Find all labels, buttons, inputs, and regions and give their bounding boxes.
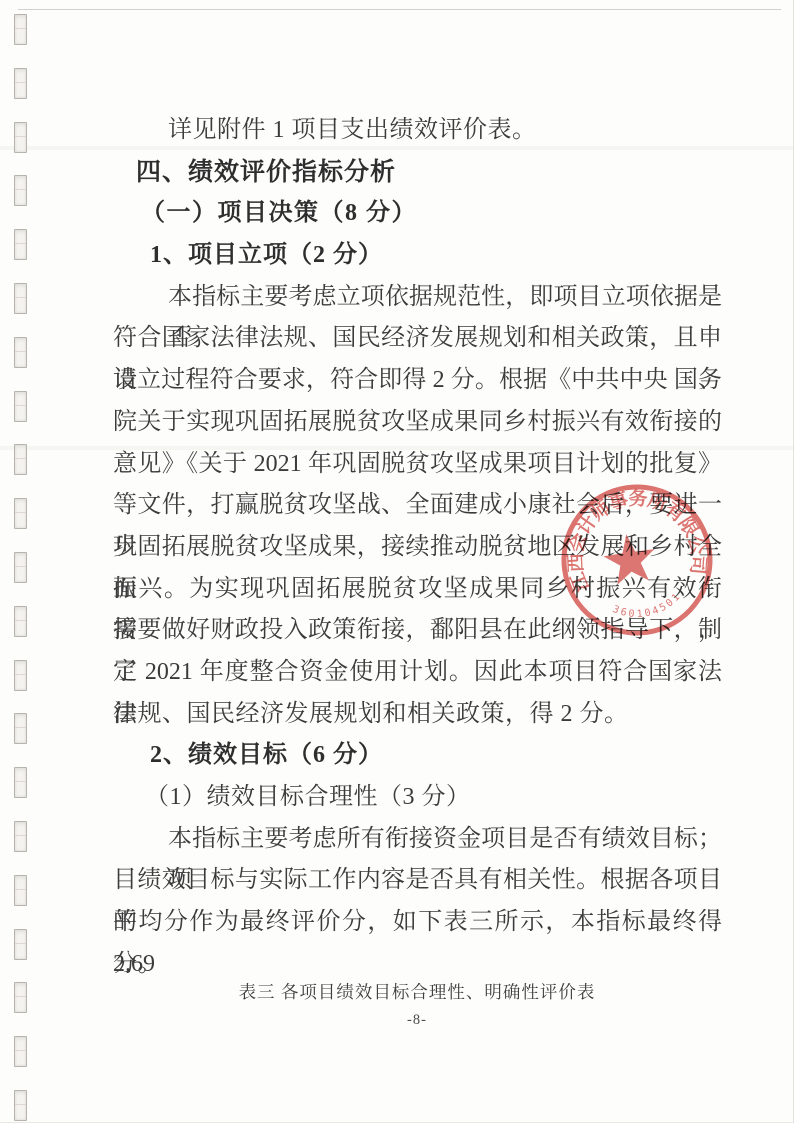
- binding-hole: [14, 875, 27, 906]
- text-line: 法规、国民经济发展规划和相关政策，得 2 分。: [113, 694, 722, 736]
- text-line: 设立过程符合要求，符合即得 2 分。根据《中共中央 国务: [113, 360, 722, 402]
- text-line: 目绩效目标与实际工作内容是否具有相关性。根据各项目的: [113, 860, 722, 902]
- text-line: 巩固拓展脱贫攻坚成果，接续推动脱贫地区发展和乡村全面: [113, 527, 722, 569]
- text-line: 2、绩效目标（6 分）: [113, 735, 722, 777]
- binding-hole: [14, 713, 27, 744]
- binding-hole: [14, 821, 27, 852]
- binding-hole: [14, 391, 27, 422]
- text-line: （1）绩效目标合理性（3 分）: [113, 777, 722, 819]
- binding-hole: [14, 552, 27, 583]
- page-number: -8-: [40, 1012, 794, 1029]
- binding-hole: [14, 122, 27, 153]
- text-line: 本指标主要考虑立项依据规范性，即项目立项依据是否: [113, 277, 722, 319]
- text-line: 等文件，打赢脱贫攻坚战、全面建成小康社会后，要进一步: [113, 485, 722, 527]
- text-line: 平均分作为最终评价分，如下表三所示，本指标最终得 2.69: [113, 902, 722, 944]
- binding-hole: [14, 929, 27, 960]
- text-line: （一）项目决策（8 分）: [113, 193, 722, 235]
- text-line: 本指标主要考虑所有衔接资金项目是否有绩效目标；项: [113, 819, 722, 861]
- document-page: 详见附件 1 项目支出绩效评价表。四、绩效评价指标分析（一）项目决策（8 分）1…: [0, 0, 794, 1123]
- text-line: 院关于实现巩固拓展脱贫攻坚成果同乡村振兴有效衔接的: [113, 402, 722, 444]
- binding-hole: [14, 606, 27, 637]
- binding-hole: [14, 14, 27, 45]
- binding-hole: [14, 982, 27, 1013]
- binding-hole: [14, 444, 27, 475]
- binding-holes-strip: [0, 0, 40, 1123]
- binding-hole: [14, 1036, 27, 1067]
- binding-hole: [14, 68, 27, 99]
- text-line: 需要做好财政投入政策衔接，鄱阳县在此纲领指导下，制定: [113, 610, 722, 652]
- text-line: 四、绩效评价指标分析: [113, 152, 722, 194]
- text-line: 1、项目立项（2 分）: [113, 235, 722, 277]
- binding-hole: [14, 1090, 27, 1121]
- binding-hole: [14, 767, 27, 798]
- binding-hole: [14, 283, 27, 314]
- table-caption: 表三 各项目绩效目标合理性、明确性评价表: [40, 979, 794, 1004]
- binding-hole: [14, 660, 27, 691]
- text-line: 符合国家法律法规、国民经济发展规划和相关政策，且申请、: [113, 318, 722, 360]
- binding-hole: [14, 337, 27, 368]
- text-line: 振兴。为实现巩固拓展脱贫攻坚成果同乡村振兴有效衔接，: [113, 569, 722, 611]
- text-line: 详见附件 1 项目支出绩效评价表。: [113, 110, 722, 152]
- text-line: 意见》《关于 2021 年巩固脱贫攻坚成果项目计划的批复》: [113, 444, 722, 486]
- binding-hole: [14, 175, 27, 206]
- text-line: 了 2021 年度整合资金使用计划。因此本项目符合国家法律: [113, 652, 722, 694]
- binding-hole: [14, 229, 27, 260]
- scan-edge-line: [18, 9, 781, 10]
- text-lines: 详见附件 1 项目支出绩效评价表。四、绩效评价指标分析（一）项目决策（8 分）1…: [113, 110, 722, 985]
- binding-hole: [14, 498, 27, 529]
